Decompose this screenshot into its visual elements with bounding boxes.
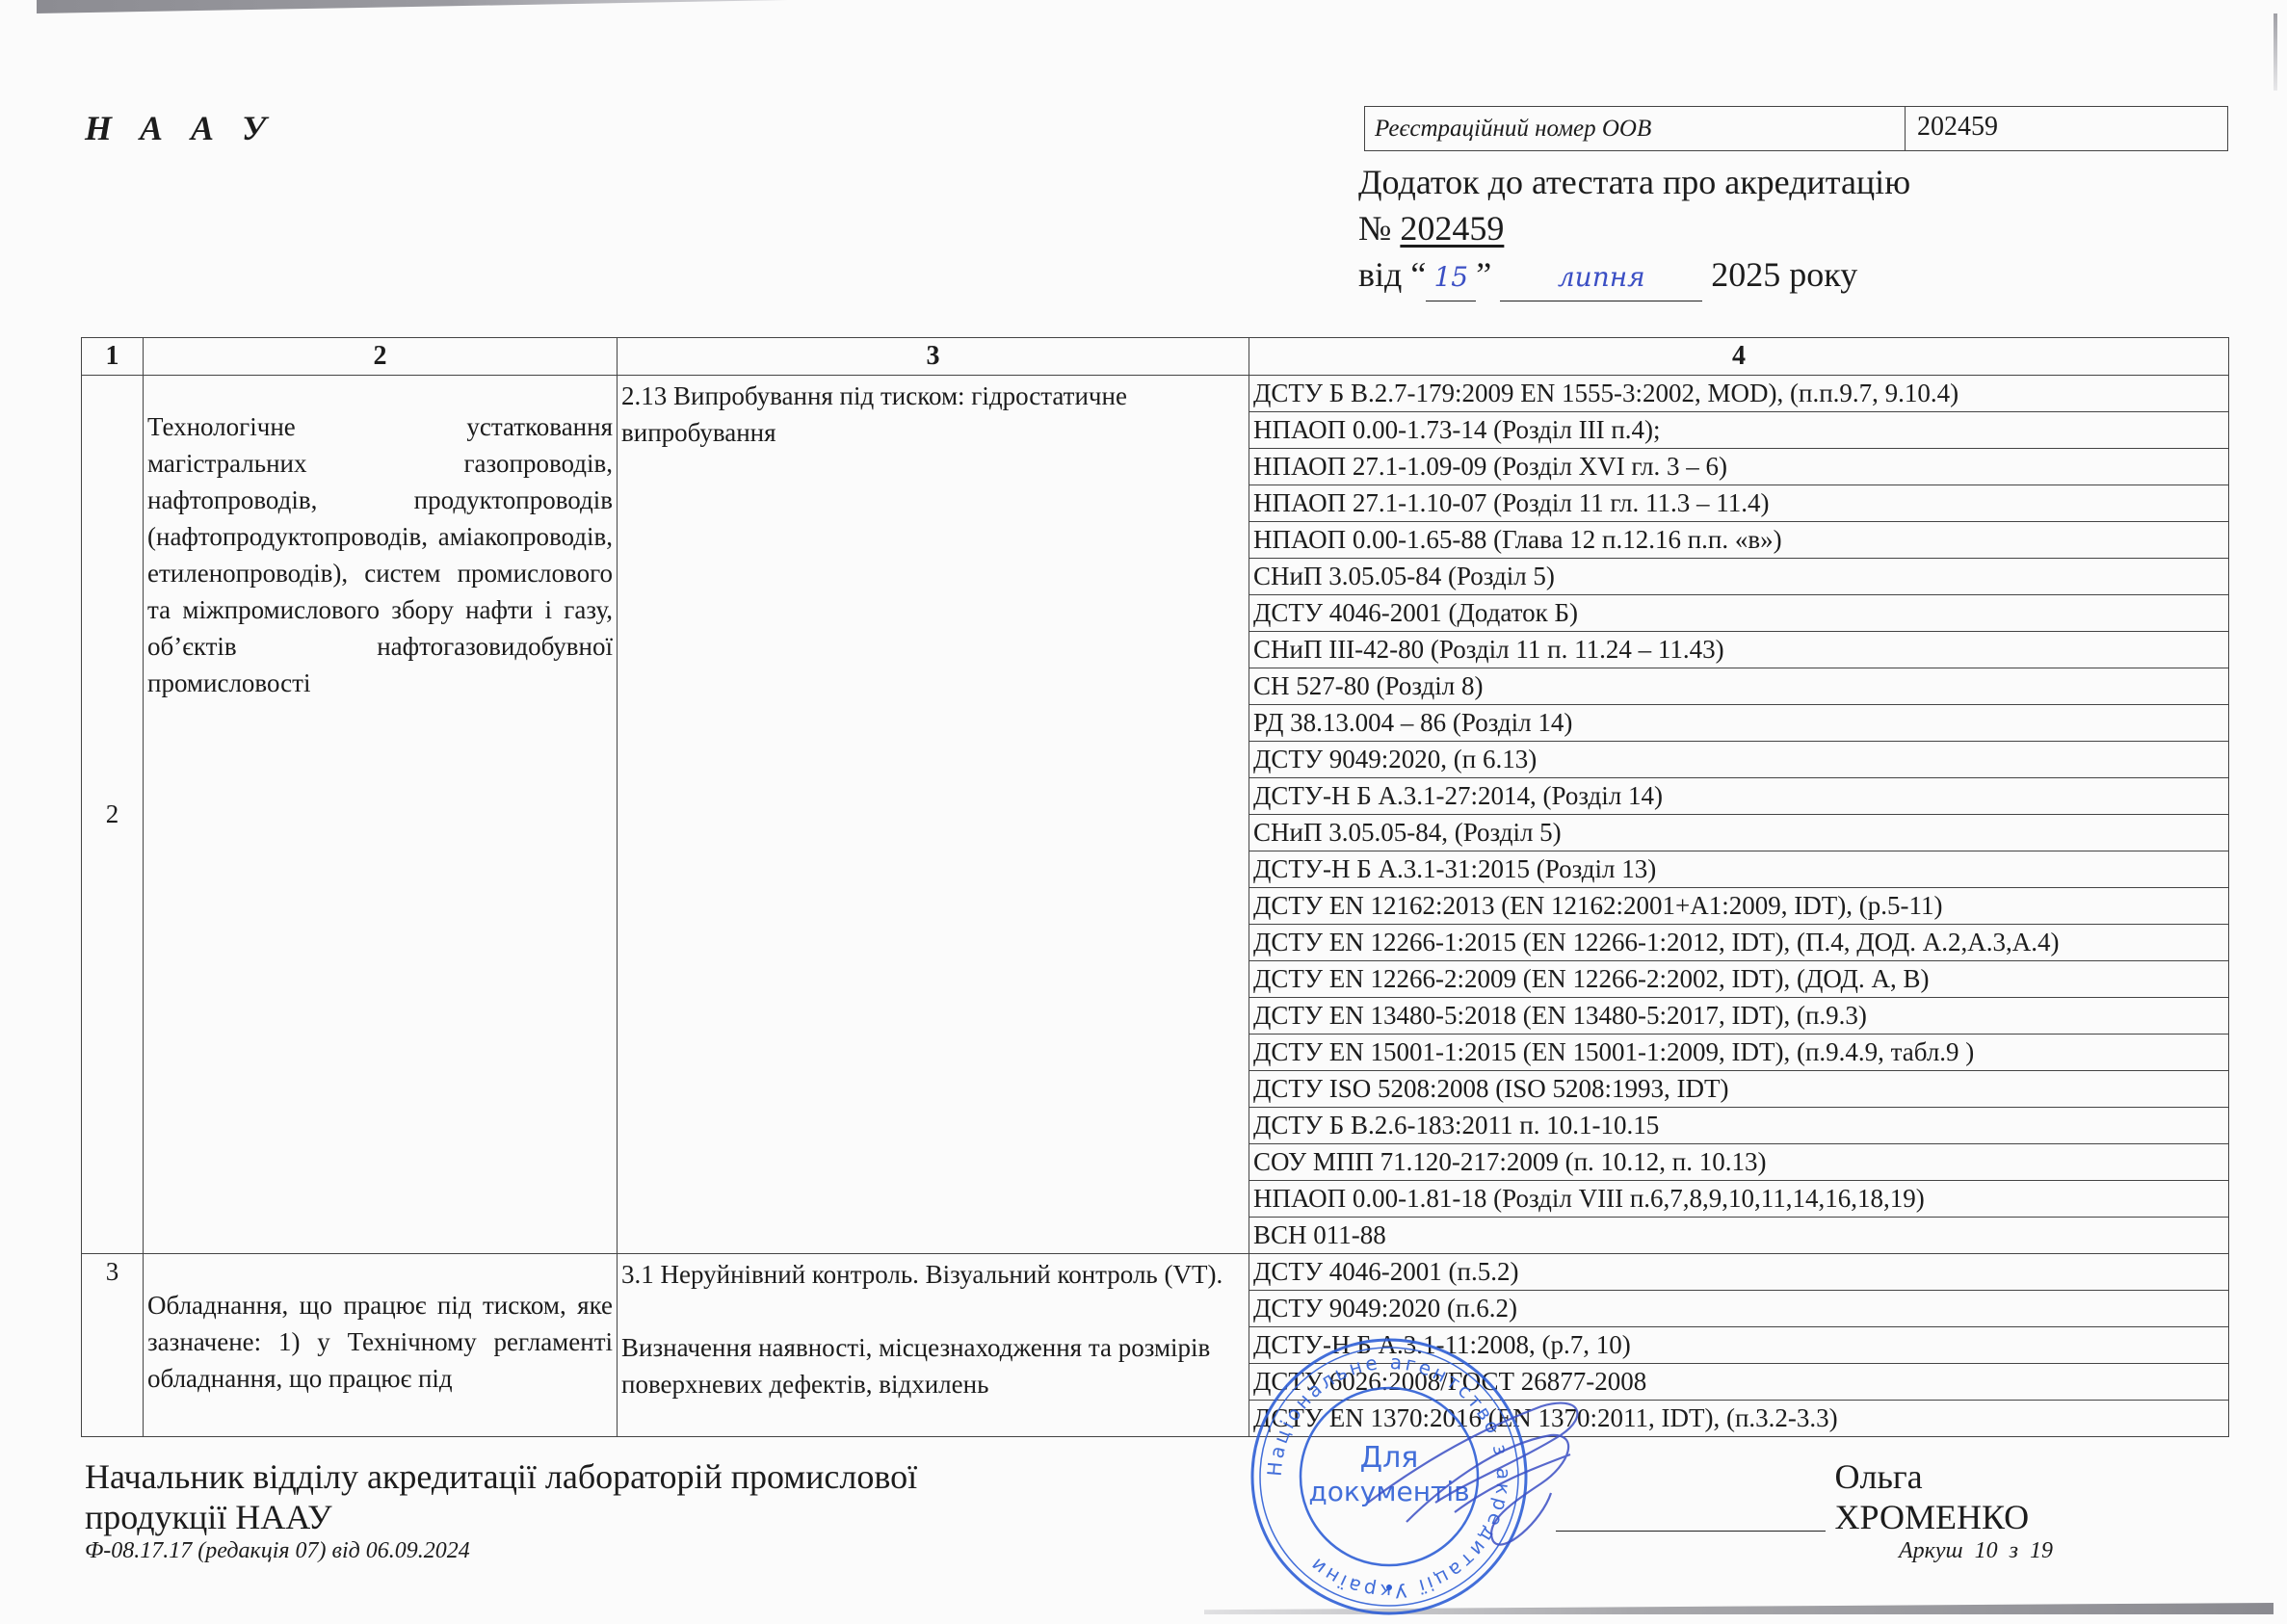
annex-date-line: від “15” липня 2025 року — [1358, 251, 1910, 301]
annex-title: Додаток до атестата про акредитацію — [1358, 159, 1910, 205]
standard-reference: ДСТУ EN 12266-1:2015 (EN 12266-1:2012, I… — [1249, 925, 2229, 961]
table-row: 3Обладнання, що працює під тиском, яке з… — [82, 1254, 2229, 1291]
standard-reference: ДСТУ-Н Б А.3.1-31:2015 (Розділ 13) — [1249, 851, 2229, 888]
test-method: 3.1 Неруйнівний контроль. Візуальний кон… — [618, 1254, 1249, 1437]
standard-reference: ДСТУ EN 13480-5:2018 (EN 13480-5:2017, I… — [1249, 998, 2229, 1035]
standard-reference: ВСН 011-88 — [1249, 1218, 2229, 1254]
accreditation-scope-table: 1 2 3 4 2Технологічне устатковання магіс… — [81, 337, 2229, 1437]
date-day-handwritten: 15 — [1426, 254, 1476, 301]
standard-reference: НПАОП 27.1-1.10-07 (Розділ 11 гл. 11.3 –… — [1249, 485, 2229, 522]
standard-reference: ДСТУ Б В.2.7-179:2009 EN 1555-3:2002, MO… — [1249, 376, 2229, 412]
section-number: 2 — [82, 376, 144, 1254]
test-method-title: 2.13 Випробування під тиском: гідростати… — [621, 378, 1245, 451]
scan-edge-top — [37, 0, 788, 13]
standard-reference: НПАОП 27.1-1.09-09 (Розділ XVI гл. 3 – 6… — [1249, 449, 2229, 485]
date-prefix: від “ — [1358, 255, 1426, 294]
column-header-4: 4 — [1249, 338, 2229, 376]
registration-box: Реєстраційний номер ООВ 202459 — [1364, 106, 2228, 151]
standard-reference: ДСТУ 9049:2020 (п.6.2) — [1249, 1291, 2229, 1327]
standard-reference: ДСТУ 4046-2001 (Додаток Б) — [1249, 595, 2229, 632]
sheet-total: 19 — [2030, 1538, 2053, 1563]
table-header-row: 1 2 3 4 — [82, 338, 2229, 376]
sheet-number: Аркуш10з19 — [1893, 1538, 2059, 1564]
date-month-handwritten: липня — [1500, 254, 1702, 301]
signature-block: Начальник відділу акредитації лабораторі… — [85, 1456, 2089, 1537]
date-quote: ” — [1476, 255, 1491, 294]
test-method-title: 3.1 Неруйнівний контроль. Візуальний кон… — [621, 1256, 1245, 1293]
standard-reference: ДСТУ 4046-2001 (п.5.2) — [1249, 1254, 2229, 1291]
standard-reference: ДСТУ 9049:2020, (п 6.13) — [1249, 742, 2229, 778]
scan-edge-right — [2274, 13, 2277, 91]
number-prefix: № — [1358, 209, 1391, 248]
annex-number-line: № 202459 — [1358, 205, 1910, 251]
sheet-current: 10 — [1975, 1538, 1998, 1563]
object-description: Технологічне устатковання магістральних … — [144, 376, 618, 1254]
standard-reference: НПАОП 0.00-1.73-14 (Розділ III п.4); — [1249, 412, 2229, 449]
standard-reference: СНиП III-42-80 (Розділ 11 п. 11.24 – 11.… — [1249, 632, 2229, 668]
form-code: Ф-08.17.17 (редакція 07) від 06.09.2024 — [85, 1538, 470, 1564]
table-row: 2Технологічне устатковання магістральних… — [82, 376, 2229, 412]
spacer — [621, 1293, 1245, 1329]
standard-reference: НПАОП 0.00-1.65-88 (Глава 12 п.12.16 п.п… — [1249, 522, 2229, 559]
signer-name: Ольга ХРОМЕНКО — [1835, 1456, 2089, 1537]
standard-reference: СНиП 3.05.05-84 (Розділ 5) — [1249, 559, 2229, 595]
sheet-label: Аркуш — [1899, 1538, 1963, 1563]
standard-reference: СН 527-80 (Розділ 8) — [1249, 668, 2229, 705]
column-header-1: 1 — [82, 338, 144, 376]
column-header-2: 2 — [144, 338, 618, 376]
standard-reference: ДСТУ EN 12266-2:2009 (EN 12266-2:2002, I… — [1249, 961, 2229, 998]
test-method: 2.13 Випробування під тиском: гідростати… — [618, 376, 1249, 1254]
standard-reference: ДСТУ Б В.2.6-183:2011 п. 10.1-10.15 — [1249, 1108, 2229, 1144]
standard-reference: РД 38.13.004 – 86 (Розділ 14) — [1249, 705, 2229, 742]
org-abbreviation: Н А А У — [85, 108, 276, 148]
standard-reference: НПАОП 0.00-1.81-18 (Розділ VIII п.6,7,8,… — [1249, 1181, 2229, 1218]
signer-title: Начальник відділу акредитації лабораторі… — [85, 1456, 1036, 1537]
standard-reference: ДСТУ-Н Б А.3.1-27:2014, (Розділ 14) — [1249, 778, 2229, 815]
standard-reference: ДСТУ EN 15001-1:2015 (EN 15001-1:2009, I… — [1249, 1035, 2229, 1071]
column-header-3: 3 — [618, 338, 1249, 376]
registration-label: Реєстраційний номер ООВ — [1365, 107, 1906, 150]
date-suffix: 2025 року — [1711, 255, 1857, 294]
annex-header: Додаток до атестата про акредитацію № 20… — [1358, 159, 1910, 301]
registration-number: 202459 — [1906, 107, 1998, 150]
sheet-of: з — [2010, 1538, 2018, 1563]
object-description: Обладнання, що працює під тиском, яке за… — [144, 1254, 618, 1437]
standard-reference: ДСТУ EN 12162:2013 (EN 12162:2001+A1:200… — [1249, 888, 2229, 925]
section-number: 3 — [82, 1254, 144, 1437]
standard-reference: СОУ МПП 71.120-217:2009 (п. 10.12, п. 10… — [1249, 1144, 2229, 1181]
annex-number: 202459 — [1400, 209, 1504, 248]
standard-reference: ДСТУ ISO 5208:2008 (ISO 5208:1993, IDT) — [1249, 1071, 2229, 1108]
handwritten-signature-icon — [1349, 1377, 1618, 1551]
test-method-detail: Визначення наявності, місцезнаходження т… — [621, 1329, 1245, 1402]
standard-reference: СНиП 3.05.05-84, (Розділ 5) — [1249, 815, 2229, 851]
